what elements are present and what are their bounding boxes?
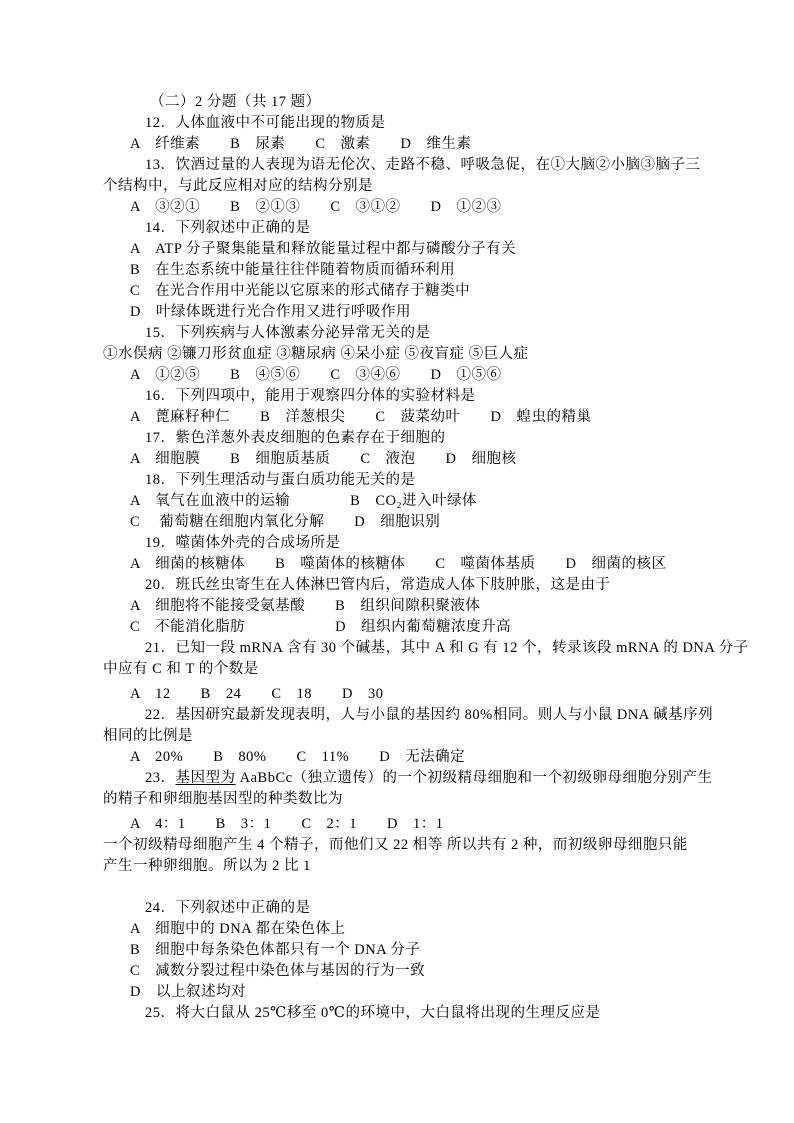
q23-stem-line1: 23．基因型为 AaBbCc（独立遗传）的一个初级精母细胞和一个初级卵母细胞分别… xyxy=(103,768,794,789)
blank-line xyxy=(103,877,794,898)
q23-note-line1: 一个初级精母细胞产生 4 个精子，而他们又 22 相等 所以共有 2 种，而初级… xyxy=(103,835,794,856)
q12-stem: 12．人体血液中不可能出现的物质是 xyxy=(103,113,794,134)
q23-options: A 4：1 B 3：1 C 2：1 D 1：1 xyxy=(103,814,794,835)
q21-stem-line2: 中应有 C 和 T 的个数是 xyxy=(103,659,794,680)
q25-stem: 25．将大白鼠从 25℃移至 0℃的环境中，大白鼠将出现的生理反应是 xyxy=(103,1003,794,1024)
text-part: 23． xyxy=(145,770,176,786)
q14-option-d: D 叶绿体既进行光合作用又进行呼吸作用 xyxy=(103,302,794,323)
q23-note-line2: 产生一种卵细胞。所以为 2 比 1 xyxy=(103,856,794,877)
document-page: （二）2 分题（共 17 题）12．人体血液中不可能出现的物质是A 纤维素 B … xyxy=(0,0,794,1123)
section-header: （二）2 分题（共 17 题） xyxy=(103,92,794,113)
q13-stem-line1: 13．饮酒过量的人表现为语无伦次、走路不稳、呼吸急促，在①大脑②小脑③脑子三 xyxy=(103,155,794,176)
q24-option-b: B 细胞中每条染色体都只有一个 DNA 分子 xyxy=(103,940,794,961)
q18-stem: 18．下列生理活动与蛋白质功能无关的是 xyxy=(103,470,794,491)
q17-stem: 17．紫色洋葱外表皮细胞的色素存在于细胞的 xyxy=(103,428,794,449)
q24-stem: 24．下列叙述中正确的是 xyxy=(103,898,794,919)
q22-stem-line1: 22．基因研究最新发现表明，人与小鼠的基因约 80%相同。则人与小鼠 DNA 碱… xyxy=(103,705,794,726)
underlined-term: 基因型为 xyxy=(176,770,236,786)
q19-options: A 细菌的核糖体 B 噬菌体的核糖体 C 噬菌体基质 D 细菌的核区 xyxy=(103,554,794,575)
q15-stem: 15．下列疾病与人体激素分泌异常无关的是 xyxy=(103,323,794,344)
q14-stem: 14．下列叙述中正确的是 xyxy=(103,218,794,239)
document-body: （二）2 分题（共 17 题）12．人体血液中不可能出现的物质是A 纤维素 B … xyxy=(103,92,794,1024)
q13-stem-line2: 个结构中，与此反应相对应的结构分别是 xyxy=(103,176,794,197)
q22-options: A 20% B 80% C 11% D 无法确定 xyxy=(103,747,794,768)
q12-options: A 纤维素 B 尿素 C 激素 D 维生素 xyxy=(103,134,794,155)
q16-options: A 蓖麻籽种仁 B 洋葱根尖 C 菠菜幼叶 D 蝗虫的精巢 xyxy=(103,407,794,428)
q20-options-cd: C 不能消化脂肪 D 组织内葡萄糖浓度升高 xyxy=(103,617,794,638)
q23-stem-line2: 的精子和卵细胞基因型的种类数比为 xyxy=(103,789,794,810)
q24-option-c: C 减数分裂过程中染色体与基因的行为一致 xyxy=(103,961,794,982)
q15-items: ①水俣病 ②镰刀形贫血症 ③糖尿病 ④呆小症 ⑤夜盲症 ⑤巨人症 xyxy=(103,344,794,365)
q20-stem: 20．班氏丝虫寄生在人体淋巴管内后，常造成人体下肢肿胀，这是由于 xyxy=(103,575,794,596)
q15-options: A ①②⑤ B ④⑤⑥ C ③④⑥ D ①⑤⑥ xyxy=(103,365,794,386)
q14-option-c: C 在光合作用中光能以它原来的形式储存于糖类中 xyxy=(103,281,794,302)
q24-option-d: D 以上叙述均对 xyxy=(103,982,794,1003)
q13-options: A ③②① B ②①③ C ③①② D ①②③ xyxy=(103,197,794,218)
q19-stem: 19．噬菌体外壳的合成场所是 xyxy=(103,533,794,554)
q22-stem-line2: 相同的比例是 xyxy=(103,726,794,747)
q14-option-a: A ATP 分子聚集能量和释放能量过程中都与磷酸分子有关 xyxy=(103,239,794,260)
q17-options: A 细胞膜 B 细胞质基质 C 液泡 D 细胞核 xyxy=(103,449,794,470)
q21-options: A 12 B 24 C 18 D 30 xyxy=(103,684,794,705)
text-part: AaBbCc（独立遗传）的一个初级精母细胞和一个初级卵母细胞分别产生 xyxy=(236,770,713,786)
q21-stem-line1: 21．已知一段 mRNA 含有 30 个碱基，其中 A 和 G 有 12 个，转… xyxy=(103,638,794,659)
q24-option-a: A 细胞中的 DNA 都在染色体上 xyxy=(103,919,794,940)
q20-options-ab: A 细胞将不能接受氨基酸 B 组织间隙积聚液体 xyxy=(103,596,794,617)
q14-option-b: B 在生态系统中能量往往伴随着物质而循环利用 xyxy=(103,260,794,281)
q16-stem: 16．下列四项中，能用于观察四分体的实验材料是 xyxy=(103,386,794,407)
q18-options-ab: A 氧气在血液中的运输 B CO₂进入叶绿体 xyxy=(103,491,794,512)
q18-options-cd: C 葡萄糖在细胞内氧化分解 D 细胞识别 xyxy=(103,512,794,533)
